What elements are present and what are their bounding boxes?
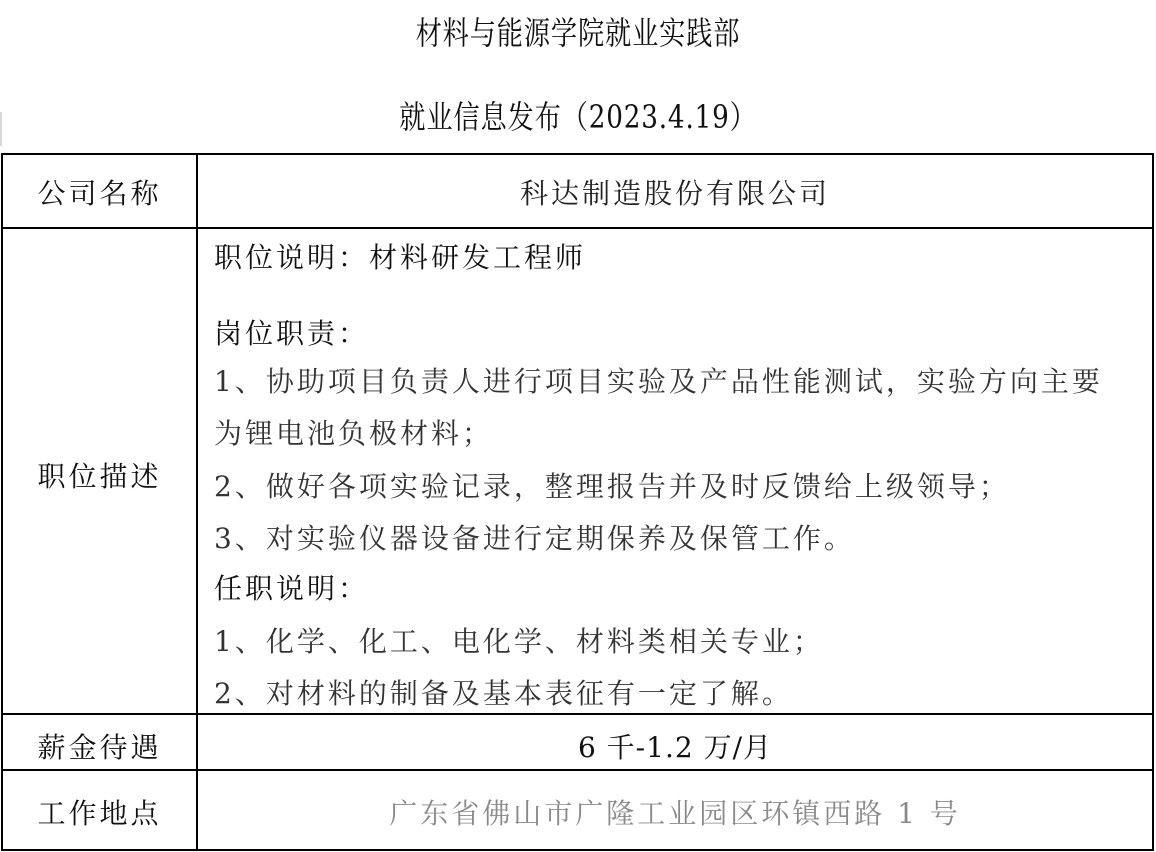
table-row-divider [1, 769, 1154, 771]
table-border-bottom [1, 849, 1154, 851]
page-margin-mark [0, 112, 2, 146]
duties-heading: 岗位职责： [214, 312, 369, 352]
requirements-heading: 任职说明： [214, 567, 369, 607]
requirement-item: 1、化学、化工、电化学、材料类相关专业； [214, 620, 824, 660]
company-name: 科达制造股份有限公司 [198, 172, 1152, 212]
duty-item: 1、协助项目负责人进行项目实验及产品性能测试，实验方向主要 [214, 360, 1103, 400]
table-row-divider [1, 227, 1154, 229]
table-border-top [1, 153, 1154, 155]
salary-value: 6 千-1.2 万/月 [198, 726, 1152, 766]
duty-item: 2、做好各项实验记录，整理报告并及时反馈给上级领导； [214, 465, 1010, 505]
document-subtitle: 就业信息发布（2023.4.19） [104, 92, 1052, 138]
duty-item: 为锂电池负极材料； [214, 412, 493, 452]
duty-item: 3、对实验仪器设备进行定期保养及保管工作。 [214, 517, 855, 557]
salary-label: 薪金待遇 [3, 726, 196, 766]
location-value: 广东省佛山市广隆工业园区环镇西路 1 号 [198, 792, 1152, 832]
position-title: 职位说明：材料研发工程师 [214, 236, 586, 276]
table-border-right [1152, 153, 1154, 851]
requirement-item: 2、对材料的制备及基本表征有一定了解。 [214, 672, 793, 712]
company-label: 公司名称 [3, 172, 196, 212]
location-label: 工作地点 [3, 792, 196, 832]
position-label: 职位描述 [3, 455, 196, 495]
table-row-divider [1, 713, 1154, 715]
document-title: 材料与能源学院就业实践部 [104, 8, 1052, 54]
